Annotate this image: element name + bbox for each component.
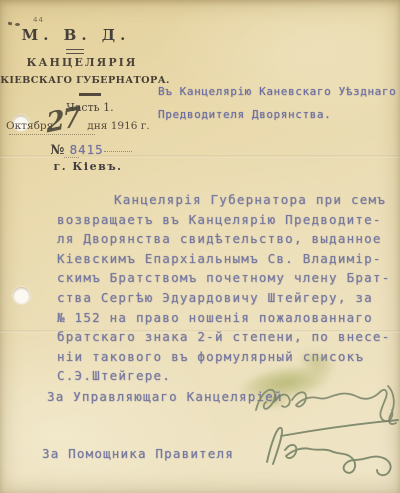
body-line-1: Канцелярія Губернатора при семъ: [57, 190, 390, 210]
body-line-2: возвращаетъ въ Канцелярію Предводите-: [57, 210, 390, 230]
document-page: 44 М. В. Д. КАНЦЕЛЯРІЯ КІЕВСКАГО ГУБЕРНА…: [0, 0, 400, 493]
body-line-5: скимъ Братствомъ почетному члену Брат-: [57, 268, 390, 288]
recipient-line-1: Въ Канцелярію Каневскаго Уѣзднаго: [158, 81, 396, 104]
signature-assistant-ruler: [205, 414, 400, 484]
letter-body: Канцелярія Губернатора при семъ возвраща…: [57, 190, 390, 386]
part-number: Часть 1.: [10, 101, 170, 114]
divider-thick-rule: [79, 93, 101, 96]
ministry-abbreviation: М. В. Д.: [15, 26, 137, 44]
number-sign: №: [50, 143, 64, 158]
hole-punch-middle: [13, 287, 30, 304]
pencil-mark: [8, 22, 13, 26]
date-line: Октябрядня 1916 г.: [6, 120, 181, 132]
document-number: 8415: [70, 142, 104, 157]
document-number-line: № 8415: [18, 139, 136, 158]
recipient-address: Въ Канцелярію Каневскаго Уѣзднаго Предво…: [158, 81, 396, 126]
body-line-8: братскаго знака 2-й степени, по внесе-: [57, 327, 390, 347]
dotted-fill-line: [104, 151, 132, 152]
office-name-line2: КІЕВСКАГО ГУБЕРНАТОРА.: [0, 75, 172, 86]
recipient-line-2: Предводителя Дворянства.: [158, 104, 396, 127]
body-line-3: ля Дворянства свидѣтельство, выданное: [57, 229, 390, 249]
corner-pencil-note: 44: [33, 16, 44, 24]
divider-double-rule: [66, 49, 84, 54]
body-line-4: Кіевскимъ Епархіальнымъ Св. Владимір-: [57, 249, 390, 269]
body-line-6: ства Сергѣю Эдуардовичу Штейгеру, за: [57, 288, 390, 308]
body-line-9: ніи такового въ формулярный списокъ: [57, 347, 390, 367]
divider-dashes: [64, 157, 79, 158]
body-line-7: № 152 на право ношенія пожалованнаго: [57, 308, 390, 328]
office-name-line1: КАНЦЕЛЯРІЯ: [8, 56, 156, 70]
city-line: г. Кіевъ.: [15, 160, 161, 173]
date-suffix: дня 1916 г.: [87, 120, 149, 132]
signoff-chancellery-manager: За Управляющаго Канцеляріей: [47, 389, 283, 404]
